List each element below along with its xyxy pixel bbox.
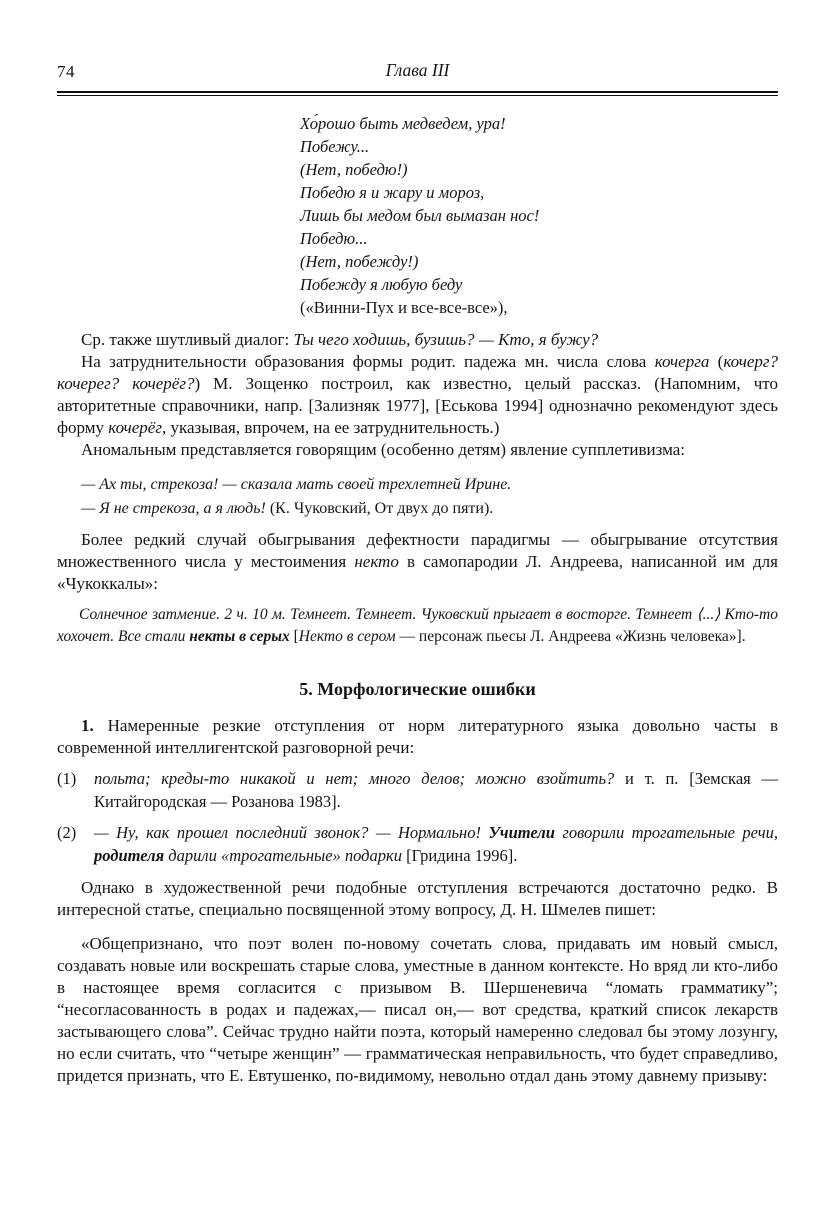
paragraph-odnako: Однако в художественной речи подобные от… bbox=[57, 877, 778, 921]
poem-line: Хо́рошо быть медведем, ура! bbox=[300, 112, 778, 135]
dialog-line: — Ах ты, стрекоза! — сказала мать своей … bbox=[81, 473, 778, 497]
example-1: (1) польта; креды-то никакой и нет; мног… bbox=[57, 768, 778, 813]
running-head: 74 Глава III bbox=[57, 60, 778, 84]
paragraph-point1: 1. Намеренные резкие отступления от норм… bbox=[57, 715, 778, 759]
book-page: 74 Глава III Хо́рошо быть медведем, ура!… bbox=[0, 0, 834, 1230]
dialog-line: — Я не стрекоза, а я людь! (К. Чуковский… bbox=[81, 497, 778, 521]
dialog-quote: — Ах ты, стрекоза! — сказала мать своей … bbox=[81, 473, 778, 521]
poem-line: Побежду я любую беду bbox=[300, 273, 778, 296]
poem-line: (Нет, побежду!) bbox=[300, 250, 778, 273]
poem-line: Победю... bbox=[300, 227, 778, 250]
poem-line: Побежу... bbox=[300, 135, 778, 158]
poem-line: Победю я и жару и мороз, bbox=[300, 181, 778, 204]
section-heading: 5. Морфологические ошибки bbox=[57, 679, 778, 700]
poem-line: (Нет, победю!) bbox=[300, 158, 778, 181]
poem-line: Лишь бы медом был вымазан нос! bbox=[300, 204, 778, 227]
example-2: (2) — Ну, как прошел последний звонок? —… bbox=[57, 822, 778, 867]
example-2-label: (2) bbox=[57, 822, 94, 867]
page-body: Хо́рошо быть медведем, ура! Побежу... (Н… bbox=[57, 112, 778, 1087]
paragraph-dialog-intro: Ср. также шутливый диалог: Ты чего ходиш… bbox=[57, 329, 778, 351]
paragraph-suppletion: Аномальным представляется говорящим (осо… bbox=[57, 439, 778, 461]
chapter-title: Глава III bbox=[57, 60, 778, 81]
paragraph-kocherga: На затруднительности образования формы р… bbox=[57, 351, 778, 439]
example-1-label: (1) bbox=[57, 768, 94, 813]
paragraph-nekto: Более редкий случай обыгрывания дефектно… bbox=[57, 529, 778, 595]
header-rule bbox=[57, 91, 778, 96]
chukokkala-quote: Солнечное затмение. 2 ч. 10 м. Темнеет. … bbox=[57, 604, 778, 647]
paragraph-shmelev-quote: «Общепризнано, что поэт волен по-новому … bbox=[57, 933, 778, 1087]
poem-quote: Хо́рошо быть медведем, ура! Побежу... (Н… bbox=[300, 112, 778, 319]
example-2-text: — Ну, как прошел последний звонок? — Нор… bbox=[94, 822, 778, 867]
example-1-text: польта; креды-то никакой и нет; много де… bbox=[94, 768, 778, 813]
poem-source-line: («Винни-Пух и все-все-все»), bbox=[300, 296, 778, 319]
